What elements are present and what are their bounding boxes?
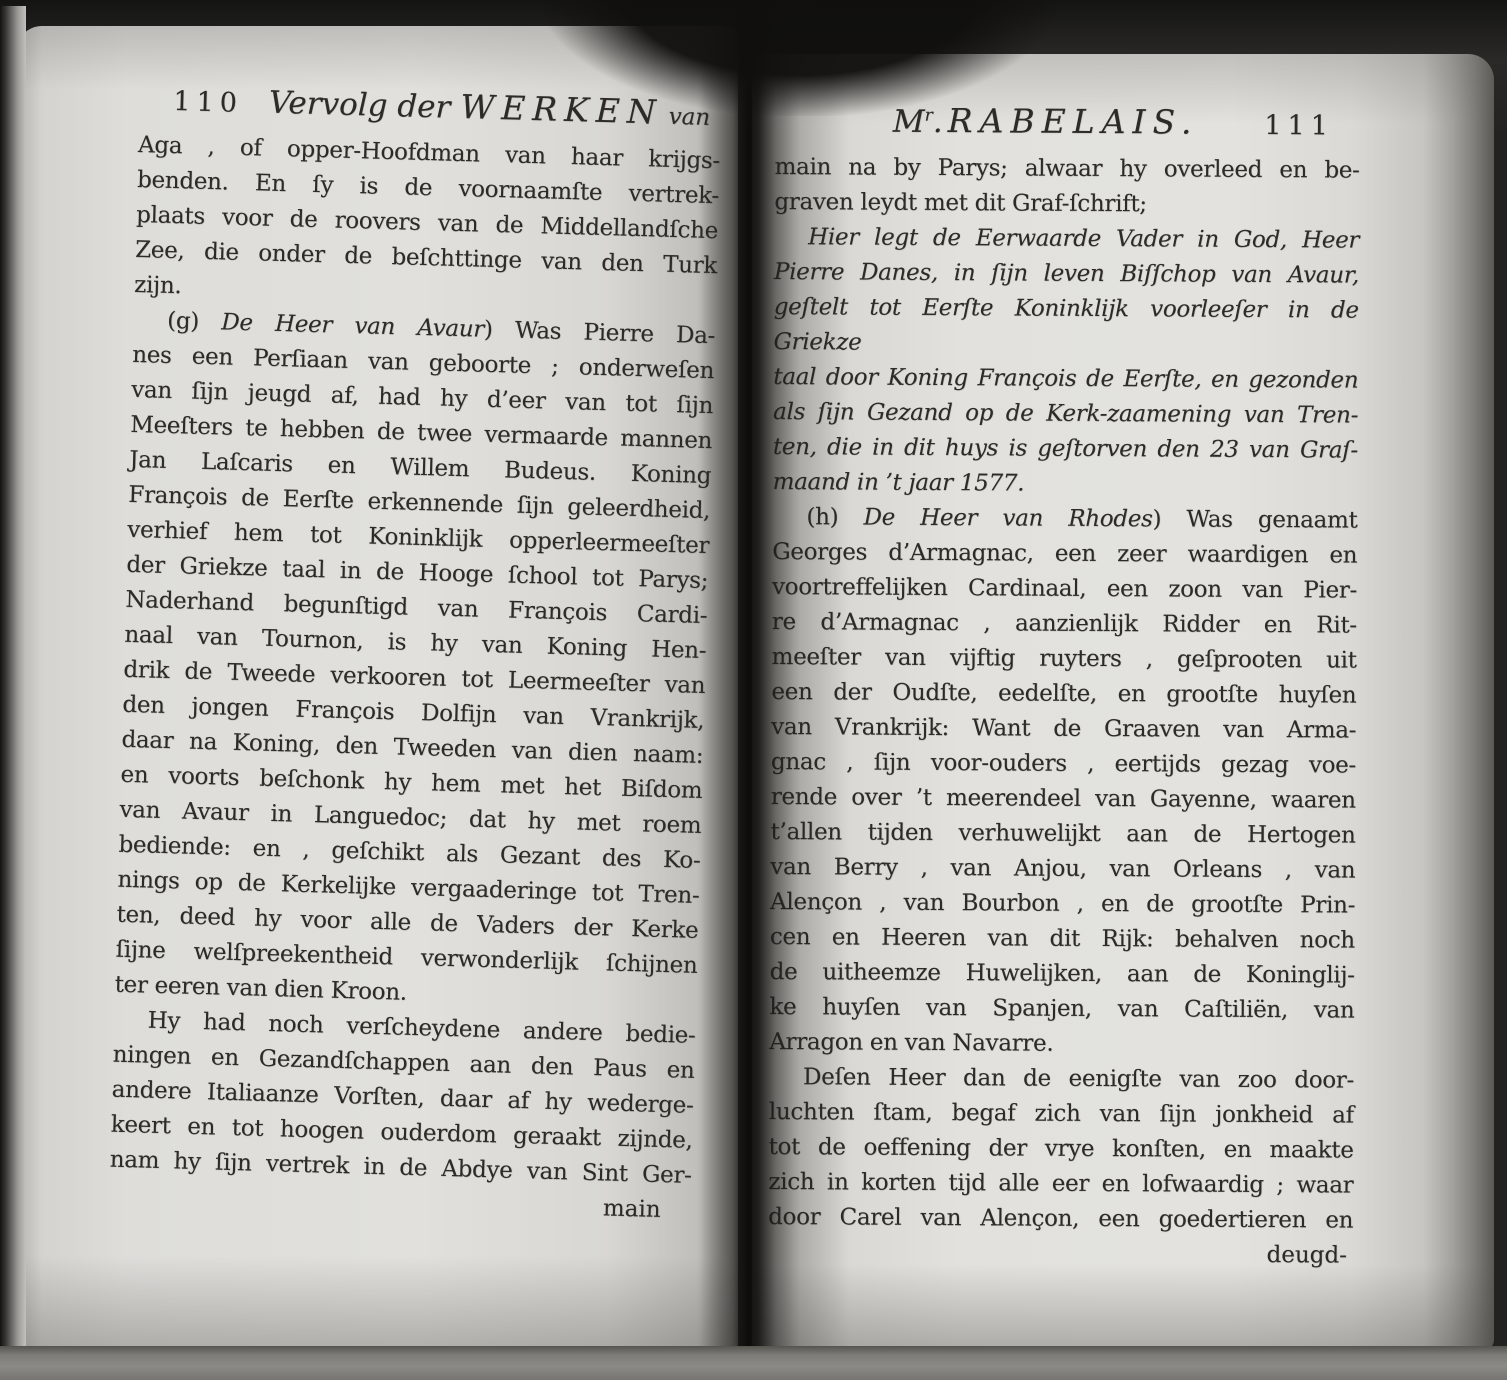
page-stack-edge-left [0,6,26,1380]
left-page-text: 110 Vervolg der WERKEN van Aga , of oppe… [108,78,721,1229]
text-line: voortreffelijken Cardinaal, een zoon van… [772,570,1357,609]
text-line: van Vrankrijk: Want de Graaven van Arma- [771,710,1356,749]
text-line: gnac , ſijn voor-ouders , eertijds gezag… [771,745,1356,784]
left-body-text: Aga , of opper-Hoofdman van haar krijgs-… [109,128,720,1194]
text-line: Deſen Heer dan de eenigſte van zoo door- [769,1060,1354,1099]
text-line: de uitheemze Huwelijken, aan de Koningli… [770,955,1355,994]
left-page-number: 110 [173,86,243,119]
book-photo: 110 Vervolg der WERKEN van Aga , of oppe… [0,0,1507,1380]
left-running-title-pre: Vervolg der [268,85,450,126]
right-page-text: Mr. RABELAIS. 111 main na by Parys; alwa… [768,100,1360,1274]
text-line: door Carel van Alençon, een goedertieren… [768,1200,1353,1239]
text-line: re d’Armagnac , aanzienlijk Ridder en Ri… [772,605,1357,644]
text-line: een der Oudſte, eedelſte, en grootſte hu… [771,675,1356,714]
text-line: main na by Parys; alwaar hy overleed en … [774,150,1359,189]
left-running-title-caps: WERKEN [460,87,663,132]
text-line: geſtelt tot Eerſte Koninklijk voorleeſer… [773,290,1358,364]
right-catchword: deugd- [768,1235,1353,1274]
text-line: zich in korten tijd alle eer en lofwaard… [768,1165,1353,1204]
text-line: (h) De Heer van Rhodes) Was genaamt [772,500,1357,539]
right-page-number: 111 [1264,110,1334,141]
text-line: Georges d’Armagnac, een zeer waardigen e… [772,535,1357,574]
right-running-title-abbr: Mr. [893,104,943,140]
text-line: cen en Heeren van dit Rijk: behalven noc… [770,920,1355,959]
text-line: Arragon en van Navarre. [769,1025,1354,1064]
text-line: als ſijn Gezand op de Kerk-zaamening van… [773,395,1358,434]
text-line: rende over ’t meerendeel van Gayenne, wa… [771,780,1356,819]
text-line: t’allen tijden verhuwelijkt aan de Herto… [770,815,1355,854]
right-running-title: Mr. RABELAIS. [893,101,1199,142]
table-surface [0,1346,1507,1380]
text-line: meeſter van vijftig ruyters , geſprooten… [771,640,1356,679]
right-body-text: main na by Parys; alwaar hy overleed en … [768,150,1360,1239]
right-running-header: Mr. RABELAIS. 111 [775,100,1360,150]
text-line: ke huyſen van Spanjen, van Caſtiliën, va… [769,990,1354,1029]
right-page: Mr. RABELAIS. 111 main na by Parys; alwa… [752,54,1494,1350]
left-running-title-post: van [668,104,710,131]
left-page: 110 Vervolg der WERKEN van Aga , of oppe… [16,26,738,1350]
text-line: taal door Koning François de Eerſte, en … [773,360,1358,399]
text-line: ten, die in dit huys is geſtorven den 23… [773,430,1358,469]
text-line: Pierre Danes, in ſijn leven Biſſchop van… [774,255,1359,294]
text-line: graven leydt met dit Graf-ſchrift; [774,185,1359,224]
text-line: tot de oeffening der vrye konſten, en ma… [768,1130,1353,1169]
text-line: Alençon , van Bourbon , en de grootſte P… [770,885,1355,924]
text-line: Hier legt de Eerwaarde Vader in God, Hee… [774,220,1359,259]
text-line: maand in ’t jaar 1577. [773,465,1358,504]
right-running-title-caps: RABELAIS. [948,101,1199,142]
text-line: luchten ſtam, begaf zich van ſijn jonkhe… [769,1095,1354,1134]
text-line: van Berry , van Anjou, van Orleans , van [770,850,1355,889]
